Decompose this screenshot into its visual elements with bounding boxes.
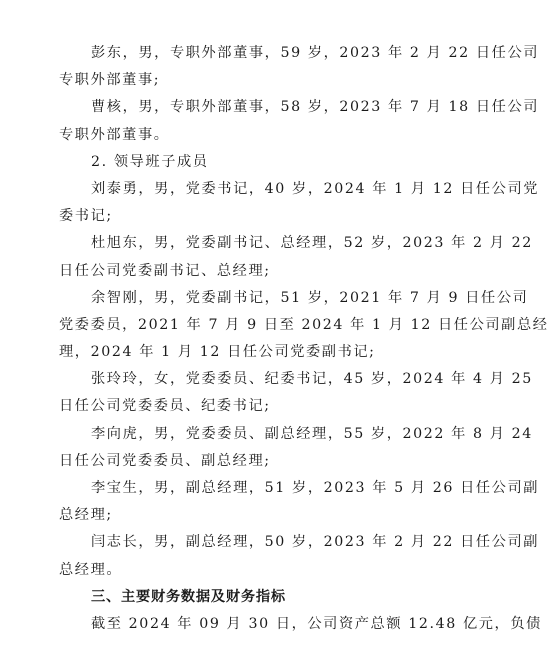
paragraph-line: 彭东，男，专职外部董事，59 岁，2023 年 2 月 22 日任公司 <box>59 40 495 67</box>
section-heading: 三、主要财务数据及财务指标 <box>59 584 495 611</box>
paragraph-line: 总经理; <box>59 502 495 529</box>
paragraph-line: 杜旭东，男，党委副书记、总经理，52 岁，2023 年 2 月 22 <box>59 230 495 257</box>
subsection-title: 2. 领导班子成员 <box>59 149 495 176</box>
paragraph-line: 李宝生，男，副总经理，51 岁，2023 年 5 月 26 日任公司副 <box>59 475 495 502</box>
paragraph-line: 专职外部董事。 <box>59 122 495 149</box>
paragraph-line: 总经理。 <box>59 557 495 584</box>
paragraph-line: 曹核，男，专职外部董事，58 岁，2023 年 7 月 18 日任公司 <box>59 94 495 121</box>
paragraph-line: 理，2024 年 1 月 12 日任公司党委副书记; <box>59 339 495 366</box>
paragraph-line: 日任公司党委副书记、总经理; <box>59 258 495 285</box>
paragraph-line: 委书记; <box>59 203 495 230</box>
paragraph-line: 日任公司党委委员、纪委书记; <box>59 393 495 420</box>
paragraph-line: 刘泰勇，男，党委书记，40 岁，2024 年 1 月 12 日任公司党 <box>59 176 495 203</box>
paragraph-line: 李向虎，男，党委委员、副总经理，55 岁，2022 年 8 月 24 <box>59 421 495 448</box>
paragraph-line: 专职外部董事; <box>59 67 495 94</box>
paragraph-line: 截至 2024 年 09 月 30 日，公司资产总额 12.48 亿元，负债 <box>59 611 495 638</box>
paragraph-line: 党委委员，2021 年 7 月 9 日至 2024 年 1 月 12 日任公司副… <box>59 312 495 339</box>
paragraph-line: 闫志长，男，副总经理，50 岁，2023 年 2 月 22 日任公司副 <box>59 529 495 556</box>
paragraph-line: 余智刚，男，党委副书记，51 岁，2021 年 7 月 9 日任公司 <box>59 285 495 312</box>
document-page: 彭东，男，专职外部董事，59 岁，2023 年 2 月 22 日任公司 专职外部… <box>59 40 495 638</box>
paragraph-line: 张玲玲，女，党委委员、纪委书记，45 岁，2024 年 4 月 25 <box>59 366 495 393</box>
paragraph-line: 日任公司党委委员、副总经理; <box>59 448 495 475</box>
